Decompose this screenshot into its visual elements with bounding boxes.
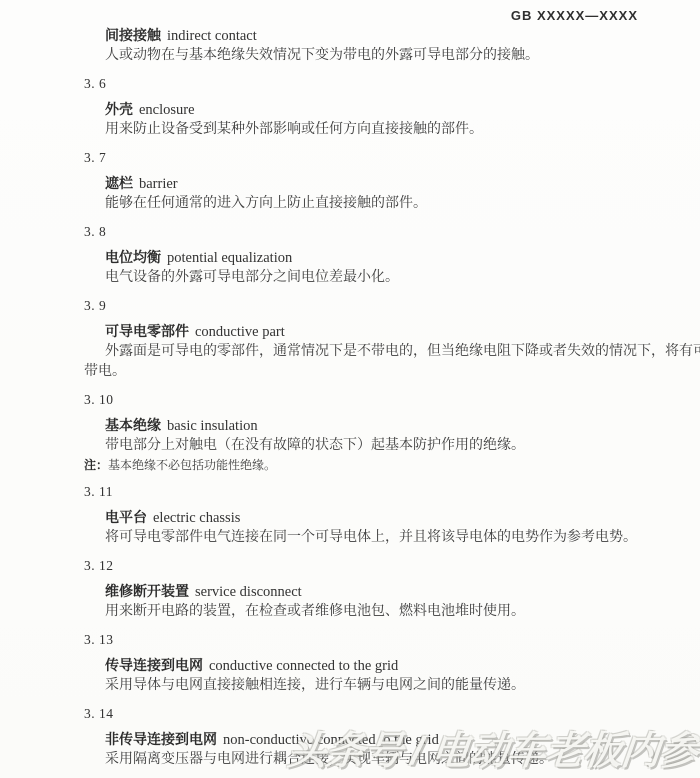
term-english: service disconnect [195, 584, 302, 600]
definition-text: 人或动物在与基本绝缘失效情况下变为带电的外露可导电部分的接触。 [84, 46, 680, 66]
definition-text: 采用隔离变压器与电网进行耦合连接，实现车辆与电网之间的能量传递。 [84, 750, 680, 770]
note-label: 注： [84, 458, 108, 472]
document-content: 间接接触indirect contact 人或动物在与基本绝缘失效情况下变为带电… [84, 25, 680, 770]
section-number: 3. 8 [84, 222, 680, 242]
term-english: barrier [139, 176, 178, 192]
term-chinese: 间接接触 [105, 27, 161, 43]
definition-text: 采用导体与电网直接接触相连接，进行车辆与电网之间的能量传递。 [84, 676, 680, 696]
term-english: basic insulation [167, 418, 258, 434]
definition-entry-3-12: 3. 12 维修断开装置service disconnect 用来断开电路的装置… [84, 556, 680, 622]
term-chinese: 可导电零部件 [105, 323, 189, 339]
term-chinese: 维修断开装置 [105, 583, 189, 599]
section-number: 3. 7 [84, 148, 680, 168]
term-line: 维修断开装置service disconnect [84, 581, 680, 602]
definition-text: 电气设备的外露可导电部分之间电位差最小化。 [84, 268, 680, 288]
definition-entry-3-14: 3. 14 非传导连接到电网non-conductive connected t… [84, 704, 680, 770]
term-chinese: 基本绝缘 [105, 417, 161, 433]
definition-text: 将可导电零部件电气连接在同一个可导电体上，并且将该导电体的电势作为参考电势。 [84, 528, 680, 548]
term-chinese: 电位均衡 [105, 249, 161, 265]
term-english: conductive part [195, 324, 285, 340]
term-line: 非传导连接到电网non-conductive connected to the … [84, 729, 680, 750]
term-line: 传导连接到电网conductive connected to the grid [84, 655, 680, 676]
definition-text: 外露面是可导电的零部件，通常情况下是不带电的，但当绝缘电阻下降或者失效的情况下，… [84, 342, 680, 362]
definition-entry-3-11: 3. 11 电平台electric chassis 将可导电零部件电气连接在同一… [84, 482, 680, 548]
definition-entry-3-7: 3. 7 遮栏barrier 能够在任何通常的进入方向上防止直接接触的部件。 [84, 148, 680, 214]
section-number: 3. 13 [84, 630, 680, 650]
term-chinese: 传导连接到电网 [105, 657, 203, 673]
definition-text-wrap: 带电。 [84, 362, 680, 382]
section-number: 3. 9 [84, 296, 680, 316]
definition-entry-3-9: 3. 9 可导电零部件conductive part 外露面是可导电的零部件，通… [84, 296, 680, 382]
section-number: 3. 12 [84, 556, 680, 576]
definition-entry-3-10: 3. 10 基本绝缘basic insulation 带电部分上对触电（在没有故… [84, 390, 680, 474]
term-english: potential equalization [167, 250, 292, 266]
note-text: 基本绝缘不必包括功能性绝缘。 [108, 458, 276, 472]
term-line: 基本绝缘basic insulation [84, 415, 680, 436]
term-line: 电位均衡potential equalization [84, 247, 680, 268]
term-line: 电平台electric chassis [84, 507, 680, 528]
section-number: 3. 10 [84, 390, 680, 410]
definition-text: 用来防止设备受到某种外部影响或任何方向直接接触的部件。 [84, 120, 680, 140]
term-line: 间接接触indirect contact [84, 25, 680, 46]
definition-entry-continued: 间接接触indirect contact 人或动物在与基本绝缘失效情况下变为带电… [84, 25, 680, 66]
standard-document-page: GB XXXXX—XXXX 间接接触indirect contact 人或动物在… [0, 0, 700, 778]
term-chinese: 电平台 [105, 509, 147, 525]
term-line: 遮栏barrier [84, 173, 680, 194]
term-english: conductive connected to the grid [209, 658, 398, 674]
term-chinese: 非传导连接到电网 [105, 731, 217, 747]
definition-entry-3-6: 3. 6 外壳enclosure 用来防止设备受到某种外部影响或任何方向直接接触… [84, 74, 680, 140]
term-chinese: 外壳 [105, 101, 133, 117]
section-number: 3. 6 [84, 74, 680, 94]
definition-text: 用来断开电路的装置，在检查或者维修电池包、燃料电池堆时使用。 [84, 602, 680, 622]
definition-note: 注：基本绝缘不必包括功能性绝缘。 [84, 456, 680, 474]
term-line: 外壳enclosure [84, 99, 680, 120]
term-english: electric chassis [153, 510, 240, 526]
section-number: 3. 11 [84, 482, 680, 502]
definition-text: 能够在任何通常的进入方向上防止直接接触的部件。 [84, 194, 680, 214]
section-number: 3. 14 [84, 704, 680, 724]
term-english: enclosure [139, 102, 195, 118]
term-chinese: 遮栏 [105, 175, 133, 191]
definition-entry-3-13: 3. 13 传导连接到电网conductive connected to the… [84, 630, 680, 696]
term-english: non-conductive connected to the grid [223, 732, 439, 748]
definition-entry-3-8: 3. 8 电位均衡potential equalization 电气设备的外露可… [84, 222, 680, 288]
term-english: indirect contact [167, 28, 257, 44]
standard-code-header: GB XXXXX—XXXX [511, 8, 638, 23]
term-line: 可导电零部件conductive part [84, 321, 680, 342]
definition-text: 带电部分上对触电（在没有故障的状态下）起基本防护作用的绝缘。 [84, 436, 680, 456]
